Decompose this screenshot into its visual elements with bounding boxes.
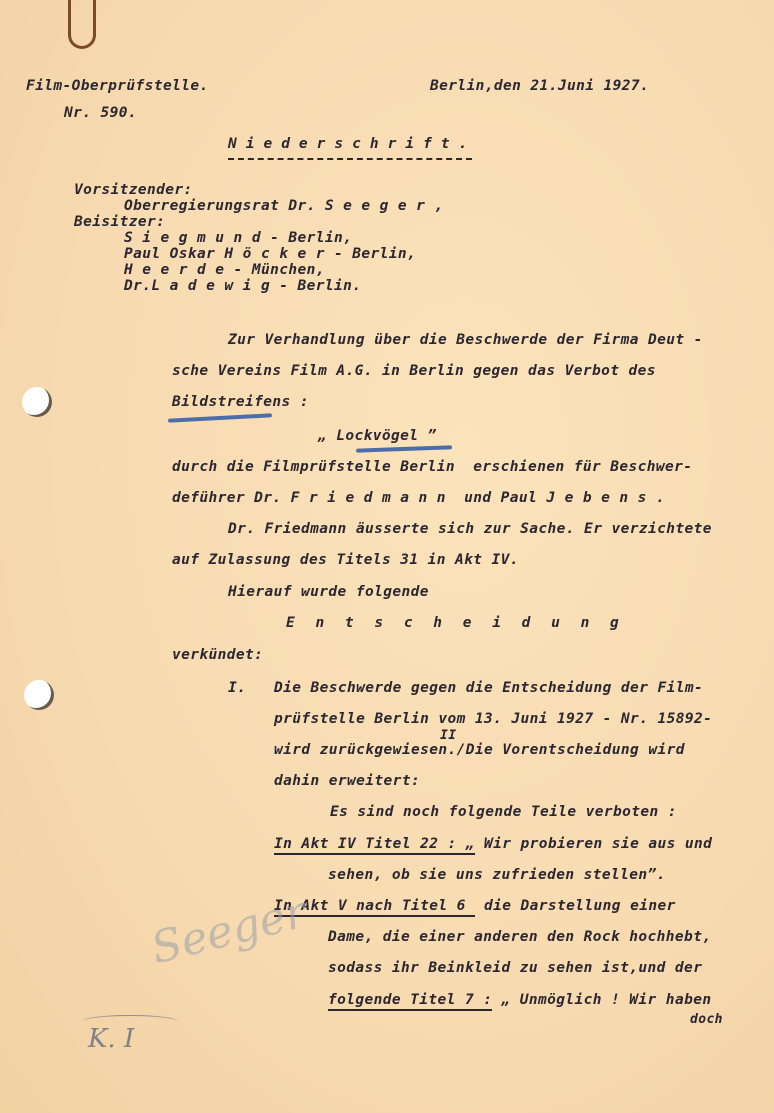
body-text: Hierauf wurde folgende	[228, 584, 429, 600]
assessor: Paul Oskar H ö c k e r - Berlin,	[124, 246, 416, 262]
margin-note: K. I	[88, 1024, 134, 1054]
body-text: Bildstreifens :	[172, 394, 309, 410]
decision-text: Es sind noch folgende Teile verboten :	[330, 804, 677, 820]
body-text: Dr. Friedmann äusserte sich zur Sache. E…	[228, 521, 712, 537]
body-text: durch die Filmprüfstelle Berlin erschien…	[172, 459, 692, 475]
assessors-label: Beisitzer:	[74, 214, 165, 230]
item-text: sodass ihr Beinkleid zu sehen ist,und de…	[328, 960, 702, 976]
punch-hole	[22, 387, 52, 417]
body-text: Zur Verhandlung über die Beschwerde der …	[228, 332, 703, 348]
pencil-signature: Seeger	[146, 887, 311, 975]
document-title: Niederschrift.	[228, 136, 476, 152]
assessor: H e e r d e - München,	[124, 262, 325, 278]
assessor: Dr.L a d e w i g - Berlin.	[124, 278, 361, 294]
decision-text: wird zurückgewiesen./Die Vorentscheidung…	[274, 742, 685, 758]
paper-clip-mark	[68, 0, 96, 49]
punch-hole	[24, 680, 54, 710]
handwritten-insert: II	[440, 728, 456, 743]
item-text: „ Unmöglich ! Wir haben	[492, 992, 711, 1008]
film-title: „ Lockvögel ”	[318, 428, 437, 444]
item-text: sehen, ob sie uns zufrieden stellen”.	[328, 867, 666, 883]
body-text: verkündet:	[172, 647, 263, 663]
decision-text: dahin erweitert:	[274, 773, 420, 789]
item-text: Wir probieren sie aus und	[475, 836, 712, 852]
decision-text: Die Beschwerde gegen die Entscheidung de…	[274, 680, 703, 696]
decision-numeral: I.	[228, 680, 246, 696]
document-page: Film-Oberprüfstelle. Berlin,den 21.Juni …	[0, 0, 774, 1113]
blue-pencil-underline	[168, 413, 272, 422]
item-reference: In Akt IV Titel 22 : „	[274, 836, 475, 855]
item-reference: folgende Titel 7 :	[328, 992, 492, 1011]
blue-pencil-underline	[356, 445, 452, 452]
chair-label: Vorsitzender:	[74, 182, 193, 198]
place-date: Berlin,den 21.Juni 1927.	[430, 78, 649, 94]
item-text: Dame, die einer anderen den Rock hochheb…	[328, 929, 711, 945]
decision-text: prüfstelle Berlin vom 13. Juni 1927 - Nr…	[274, 711, 712, 727]
decision-heading: E n t s c h e i d u n g	[286, 615, 625, 631]
body-text: sche Vereins Film A.G. in Berlin gegen d…	[172, 363, 656, 379]
body-text: auf Zulassung des Titels 31 in Akt IV.	[172, 552, 519, 568]
body-text: deführer Dr. F r i e d m a n n und Paul …	[172, 490, 665, 506]
office-name: Film-Oberprüfstelle.	[26, 78, 209, 94]
title-underline	[228, 158, 472, 160]
document-number: Nr. 590.	[64, 105, 137, 121]
chair-name: Oberregierungsrat Dr. S e e g e r ,	[124, 198, 444, 214]
catchword: doch	[690, 1012, 723, 1027]
item-text: die Darstellung einer	[475, 898, 676, 914]
assessor: S i e g m u n d - Berlin,	[124, 230, 352, 246]
